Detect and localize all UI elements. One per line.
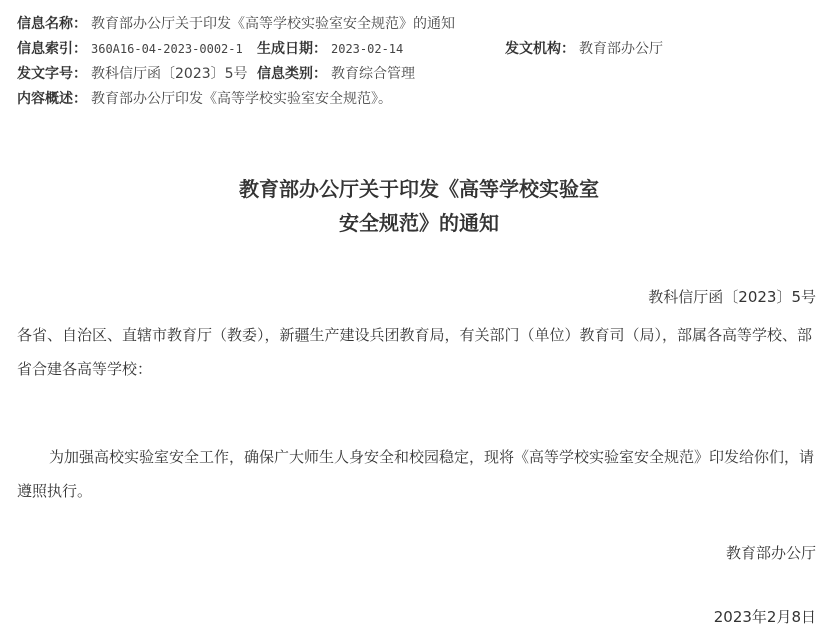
info-index-label: 信息索引：	[17, 41, 87, 57]
doc-number-label: 发文字号：	[17, 66, 87, 82]
issuing-org-value: 教育部办公厅	[579, 41, 663, 57]
info-name-label: 信息名称：	[17, 16, 87, 32]
summary-value: 教育部办公厅印发《高等学校实验室安全规范》。	[91, 91, 392, 107]
info-metadata-panel: 信息名称：教育部办公厅关于印发《高等学校实验室安全规范》的通知 信息索引：360…	[17, 12, 455, 112]
issue-date: 2023年2月8日	[714, 606, 816, 627]
title-line-1: 教育部办公厅关于印发《高等学校实验室	[0, 172, 838, 206]
meta-row-index: 信息索引：360A16-04-2023-0002-1 生成日期：2023-02-…	[17, 37, 455, 62]
document-title: 教育部办公厅关于印发《高等学校实验室 安全规范》的通知	[0, 172, 838, 240]
body-paragraph: 为加强高校实验室安全工作，确保广大师生人身安全和校园稳定，现将《高等学校实验室安…	[17, 440, 821, 508]
summary-label: 内容概述：	[17, 91, 87, 107]
title-line-2: 安全规范》的通知	[0, 206, 838, 240]
info-category-value: 教育综合管理	[331, 66, 415, 82]
issuing-org-label: 发文机构：	[505, 41, 575, 57]
info-index-value: 360A16-04-2023-0002-1	[91, 42, 243, 56]
info-name-value: 教育部办公厅关于印发《高等学校实验室安全规范》的通知	[91, 16, 455, 32]
meta-row-docno: 发文字号：教科信厅函〔2023〕5号 信息类别：教育综合管理	[17, 62, 455, 87]
meta-row-name: 信息名称：教育部办公厅关于印发《高等学校实验室安全规范》的通知	[17, 12, 455, 37]
meta-row-summary: 内容概述：教育部办公厅印发《高等学校实验室安全规范》。	[17, 87, 455, 112]
document-number: 教科信厅函〔2023〕5号	[648, 286, 816, 307]
info-category-label: 信息类别：	[257, 66, 327, 82]
generated-date-label: 生成日期：	[257, 41, 327, 57]
addressee-paragraph: 各省、自治区、直辖市教育厅（教委），新疆生产建设兵团教育局，有关部门（单位）教育…	[17, 318, 821, 386]
doc-number-value: 教科信厅函〔2023〕5号	[91, 66, 248, 82]
generated-date-value: 2023-02-14	[331, 42, 403, 56]
signature: 教育部办公厅	[726, 542, 816, 563]
